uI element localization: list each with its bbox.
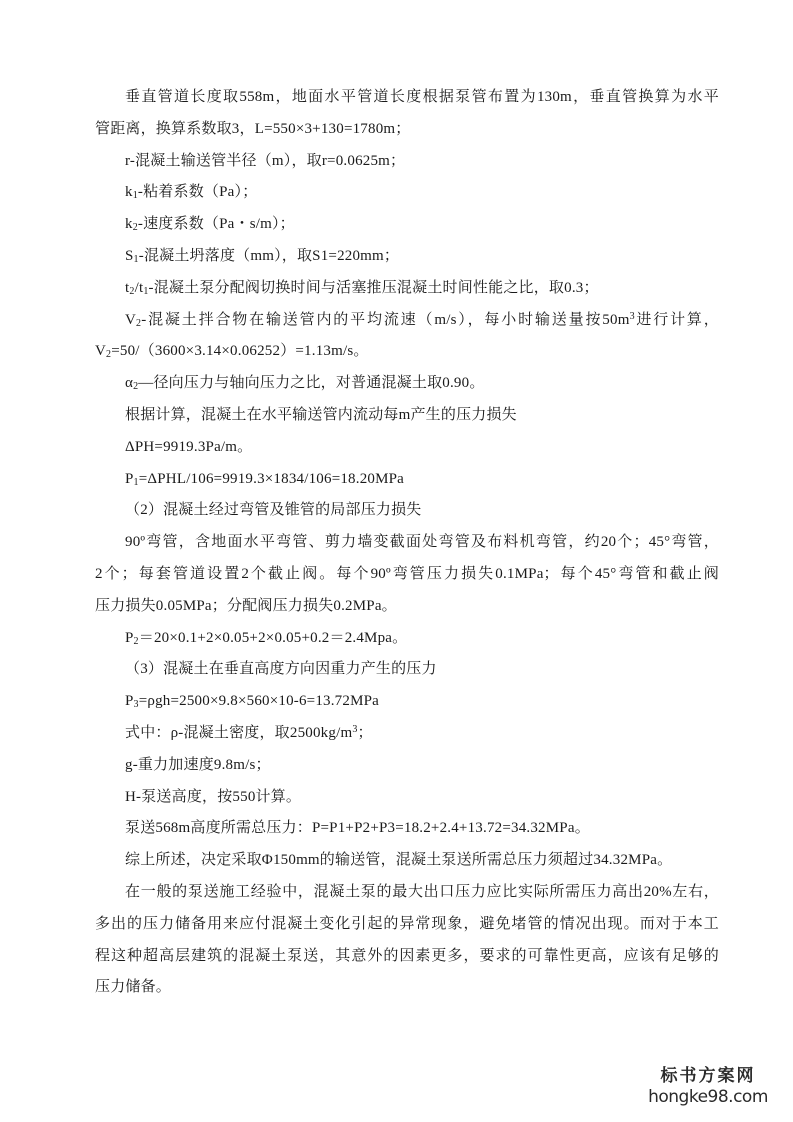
paragraph-line: 泵送568m高度所需总压力：P=P1+P2+P3=18.2+2.4+13.72=… — [95, 813, 719, 845]
definition-line: α2—径向压力与轴向压力之比，对普通混凝土取0.90。 — [95, 368, 719, 400]
paragraph-line: 压力损失0.05MPa；分配阀压力损失0.2MPa。 — [95, 591, 719, 623]
section-heading: （3）混凝土在垂直高度方向因重力产生的压力 — [95, 654, 719, 686]
definition-line: V2-混凝土拌合物在输送管内的平均流速（m/s），每小时输送量按50m3进行计算… — [95, 305, 719, 337]
definition-line: k1-粘着系数（Pa）； — [95, 177, 719, 209]
definition-line: k2-速度系数（Pa・s/m）； — [95, 209, 719, 241]
formula-line: V2=50/（3600×3.14×0.06252）=1.13m/s。 — [95, 336, 719, 368]
paragraph-line: 综上所述，决定采取Φ150mm的输送管，混凝土泵送所需总压力须超过34.32MP… — [95, 845, 719, 877]
paragraph-line: 90º弯管，含地面水平弯管、剪力墙变截面处弯管及布料机弯管，约20个；45°弯管… — [95, 527, 719, 559]
paragraph-line: 根据计算，混凝土在水平输送管内流动每m产生的压力损失 — [95, 400, 719, 432]
formula-line: P2＝20×0.1+2×0.05+2×0.05+0.2＝2.4Mpa。 — [95, 623, 719, 655]
paragraph-line: r-混凝土输送管半径（m），取r=0.0625m； — [95, 146, 719, 178]
paragraph-line: 压力储备。 — [95, 972, 719, 1004]
paragraph-line: 多出的压力储备用来应付混凝土变化引起的异常现象，避免堵管的情况出现。而对于本工 — [95, 909, 719, 941]
definition-line: H-泵送高度，按550计算。 — [95, 782, 719, 814]
definition-line: g-重力加速度9.8m/s； — [95, 750, 719, 782]
paragraph-line: 垂直管道长度取558m，地面水平管道长度根据泵管布置为130m，垂直管换算为水平 — [95, 82, 719, 114]
definition-line: 式中：ρ-混凝土密度，取2500kg/m3； — [95, 718, 719, 750]
watermark-chinese: 标书方案网 — [648, 1066, 768, 1086]
document-body: 垂直管道长度取558m，地面水平管道长度根据泵管布置为130m，垂直管换算为水平… — [95, 82, 719, 1004]
paragraph-line: 2个；每套管道设置2个截止阀。每个90º弯管压力损失0.1MPa；每个45°弯管… — [95, 559, 719, 591]
definition-line: t2/t1-混凝土泵分配阀切换时间与活塞推压混凝土时间性能之比，取0.3； — [95, 273, 719, 305]
watermark-logo: 标书方案网 hongke98.com — [648, 1066, 768, 1108]
section-heading: （2）混凝土经过弯管及锥管的局部压力损失 — [95, 495, 719, 527]
paragraph-line: 管距离，换算系数取3，L=550×3+130=1780m； — [95, 114, 719, 146]
paragraph-line: 程这种超高层建筑的混凝土泵送，其意外的因素更多，要求的可靠性更高，应该有足够的 — [95, 941, 719, 973]
paragraph-line: 在一般的泵送施工经验中，混凝土泵的最大出口压力应比实际所需压力高出20%左右， — [95, 877, 719, 909]
formula-line: ΔPH=9919.3Pa/m。 — [95, 432, 719, 464]
watermark-url: hongke98.com — [648, 1086, 768, 1108]
formula-line: P3=ρgh=2500×9.8×560×10-6=13.72MPa — [95, 686, 719, 718]
definition-line: S1-混凝土坍落度（mm），取S1=220mm； — [95, 241, 719, 273]
formula-line: P1=ΔPHL/106=9919.3×1834/106=18.20MPa — [95, 464, 719, 496]
